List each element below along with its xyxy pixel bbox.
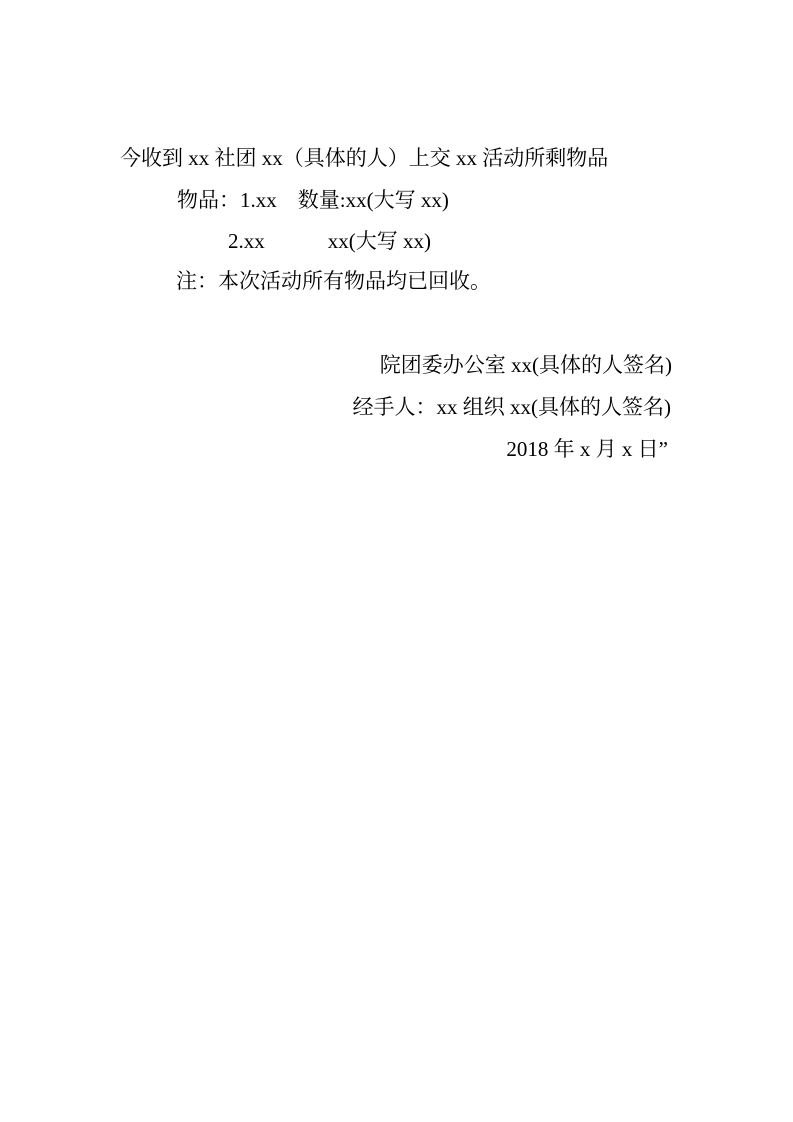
receipt-intro-line: 今收到 xx 社团 xx（具体的人）上交 xx 活动所剩物品 bbox=[120, 147, 608, 170]
document-page: 今收到 xx 社团 xx（具体的人）上交 xx 活动所剩物品 物品：1.xx 数… bbox=[0, 0, 793, 1122]
signature-office-line: 院团委办公室 xx(具体的人签名) bbox=[380, 354, 672, 377]
item-line-1: 物品：1.xx 数量:xx(大写 xx) bbox=[177, 189, 449, 212]
item-line-2: 2.xx xx(大写 xx) bbox=[228, 230, 431, 253]
signature-handler-line: 经手人：xx 组织 xx(具体的人签名) bbox=[353, 396, 672, 419]
signature-date-line: 2018 年 x 月 x 日” bbox=[506, 438, 668, 461]
note-line: 注：本次活动所有物品均已回收。 bbox=[176, 270, 491, 293]
